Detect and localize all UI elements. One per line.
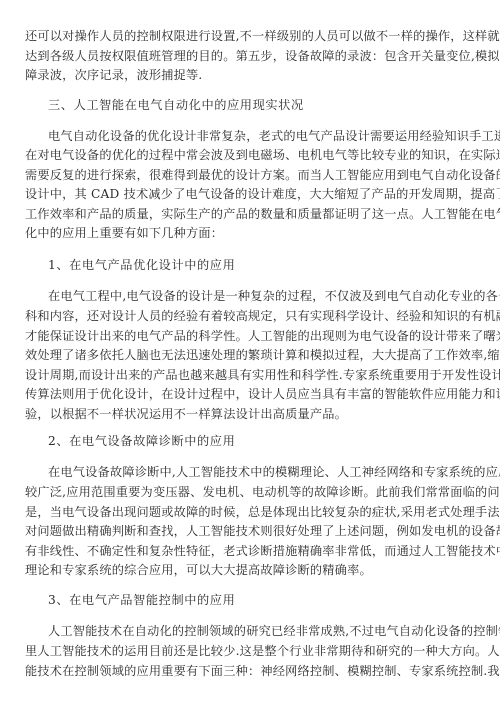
paragraph-line: 科和内容，还对设计人员的经验有着较高规定，只有实现科学设计、经验和知识的有机融合…: [25, 306, 465, 326]
paragraph-line: 人工智能技术在自动化的控制领域的研究已经非常成熟,不过电气自动化设备的控制领域: [48, 621, 465, 641]
paragraph-line: 是，当电气设备出现问题或故障的时候，总是体现出比较复杂的症状,采用老式处理手法难…: [25, 502, 465, 522]
paragraph-line: 还可以对操作人员的控制权限进行设置,不一样级别的人员可以做不一样的操作，这样就可…: [25, 26, 465, 46]
paragraph-line: 对问题做出精确判断和查找，人工智能技术则很好处理了上述问题，例如发电机的设备故障…: [25, 521, 465, 541]
paragraph-line: 较广泛,应用范围重要为变压器、发电机、电动机等的故障诊断。此前我们常常面临的问题: [25, 482, 465, 502]
paragraph-line: 需要反复的进行探索，很难得到最优的设计方案。而当人工智能应用到电气自动化设备的优…: [25, 165, 465, 185]
subsection-heading: 3、在电气产品智能控制中的应用: [48, 590, 235, 610]
section-heading: 三、人工智能在电气自动化中的应用现实状况: [48, 95, 304, 115]
paragraph-line: 化中的应用上重要有如下几种方面：: [25, 223, 465, 243]
paragraph-line: 有非线性、不确定性和复杂性特征，老式诊断措施精确率非常低，而通过人工智能技术中模…: [25, 541, 465, 561]
paragraph-line: 障录波，次序记录，波形捕捉等.: [25, 65, 465, 85]
document-page: 还可以对操作人员的控制权限进行设置,不一样级别的人员可以做不一样的操作，这样就可…: [0, 0, 500, 707]
paragraph-line: 电气自动化设备的优化设计非常复杂，老式的电气产品设计需要运用经验知识手工进行，: [48, 126, 465, 146]
paragraph-line: 效处理了诸多依托人脑也无法迅速处理的繁琐计算和模拟过程，大大提高了工作效率,缩短…: [25, 345, 465, 365]
paragraph-line: 能技术在控制领域的应用重要有下面三种：神经网络控制、模糊控制、专家系统控制.我们…: [25, 661, 465, 681]
paragraph-line: 在电气设备故障诊断中,人工智能技术中的模糊理论、人工神经网络和专家系统的应用比: [48, 462, 465, 482]
paragraph-line: 才能保证设计出来的电气产品的科学性。人工智能的出现则为电气设备的设计带来了曙光，…: [25, 326, 465, 346]
paragraph-line: 设计周期,而设计出来的产品也越来越具有实用性和科学性.专家系统重要用于开发性设计…: [25, 365, 465, 385]
paragraph-line: 里人工智能技术的运用目前还是比较少.这是整个行业非常期待和研究的一种大方向。人工…: [25, 641, 465, 661]
paragraph-line: 验，以根据不一样状况运用不一样算法设计出高质量产品。: [25, 404, 465, 424]
subsection-heading: 1、在电气产品优化设计中的应用: [48, 255, 235, 275]
paragraph-line: 在电气工程中,电气设备的设计是一种复杂的过程，不仅波及到电气自动化专业的各个学: [48, 286, 465, 306]
subsection-heading: 2、在电气设备故障诊断中的应用: [48, 431, 235, 451]
paragraph-line: 达到各级人员按权限值班管理的目的。第五步，设备故障的录波：包含开关量变位,模拟量…: [25, 46, 465, 66]
paragraph-line: 传算法则用于优化设计，在设计过程中，设计人员应当具有丰富的智能软件应用能力和设计…: [25, 384, 465, 404]
paragraph-line: 理论和专家系统的综合应用，可以大大提高故障诊断的精确率。: [25, 560, 465, 580]
paragraph-line: 设计中，其 CAD 技术减少了电气设备的设计难度，大大缩短了产品的开发周期，提高…: [25, 184, 465, 204]
paragraph-line: 在对电气设备的优化的过程中常会波及到电磁场、电机电气等比较专业的知识，在实际过程…: [25, 145, 465, 165]
paragraph-line: 工作效率和产品的质量，实际生产的产品的数量和质量都证明了这一点。人工智能在电气自…: [25, 204, 465, 224]
